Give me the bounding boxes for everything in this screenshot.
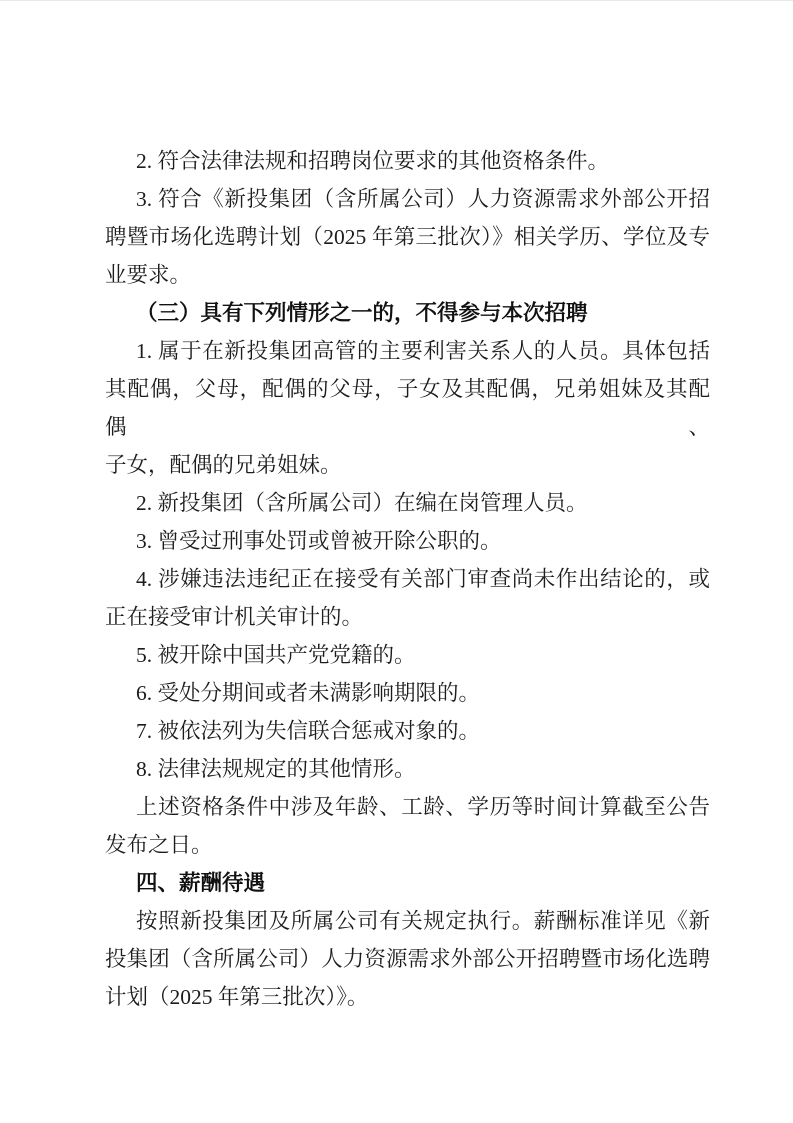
document-page: 2. 符合法律法规和招聘岗位要求的其他资格条件。3. 符合《新投集团（含所属公司… bbox=[0, 0, 793, 1123]
text-line: 8. 法律法规规定的其他情形。 bbox=[105, 750, 710, 788]
text-line: 其配偶，父母，配偶的父母，子女及其配偶，兄弟姐妹及其配偶、 bbox=[105, 370, 710, 446]
text-line: 聘暨市场化选聘计划（2025 年第三批次）》相关学历、学位及专 bbox=[105, 218, 710, 256]
paragraph: 2. 新投集团（含所属公司）在编在岗管理人员。 bbox=[105, 484, 710, 522]
paragraph: 8. 法律法规规定的其他情形。 bbox=[105, 750, 710, 788]
text-line: （三）具有下列情形之一的，不得参与本次招聘 bbox=[105, 294, 710, 332]
paragraph: 上述资格条件中涉及年龄、工龄、学历等时间计算截至公告发布之日。 bbox=[105, 788, 710, 864]
paragraph: 1. 属于在新投集团高管的主要利害关系人的人员。具体包括其配偶，父母，配偶的父母… bbox=[105, 332, 710, 484]
text-line: 上述资格条件中涉及年龄、工龄、学历等时间计算截至公告 bbox=[105, 788, 710, 826]
text-line: 3. 曾受过刑事处罚或曾被开除公职的。 bbox=[105, 522, 710, 560]
text-line: 6. 受处分期间或者未满影响期限的。 bbox=[105, 674, 710, 712]
text-line: 计划（2025 年第三批次）》。 bbox=[105, 978, 710, 1016]
text-line: 正在接受审计机关审计的。 bbox=[105, 598, 710, 636]
section-heading: 四、薪酬待遇 bbox=[105, 864, 710, 902]
section-heading: （三）具有下列情形之一的，不得参与本次招聘 bbox=[105, 294, 710, 332]
paragraph: 5. 被开除中国共产党党籍的。 bbox=[105, 636, 710, 674]
text-line: 1. 属于在新投集团高管的主要利害关系人的人员。具体包括 bbox=[105, 332, 710, 370]
text-line: 4. 涉嫌违法违纪正在接受有关部门审查尚未作出结论的，或 bbox=[105, 560, 710, 598]
paragraph: 3. 符合《新投集团（含所属公司）人力资源需求外部公开招聘暨市场化选聘计划（20… bbox=[105, 180, 710, 294]
document-content: 2. 符合法律法规和招聘岗位要求的其他资格条件。3. 符合《新投集团（含所属公司… bbox=[105, 142, 710, 1016]
paragraph: 6. 受处分期间或者未满影响期限的。 bbox=[105, 674, 710, 712]
text-line: 2. 新投集团（含所属公司）在编在岗管理人员。 bbox=[105, 484, 710, 522]
text-line: 按照新投集团及所属公司有关规定执行。薪酬标准详见《新 bbox=[105, 902, 710, 940]
text-line: 7. 被依法列为失信联合惩戒对象的。 bbox=[105, 712, 710, 750]
text-line: 5. 被开除中国共产党党籍的。 bbox=[105, 636, 710, 674]
text-line: 投集团（含所属公司）人力资源需求外部公开招聘暨市场化选聘 bbox=[105, 940, 710, 978]
paragraph: 2. 符合法律法规和招聘岗位要求的其他资格条件。 bbox=[105, 142, 710, 180]
text-line: 3. 符合《新投集团（含所属公司）人力资源需求外部公开招 bbox=[105, 180, 710, 218]
text-line: 发布之日。 bbox=[105, 826, 710, 864]
text-line: 四、薪酬待遇 bbox=[105, 864, 710, 902]
paragraph: 7. 被依法列为失信联合惩戒对象的。 bbox=[105, 712, 710, 750]
paragraph: 按照新投集团及所属公司有关规定执行。薪酬标准详见《新投集团（含所属公司）人力资源… bbox=[105, 902, 710, 1016]
paragraph: 3. 曾受过刑事处罚或曾被开除公职的。 bbox=[105, 522, 710, 560]
text-line: 业要求。 bbox=[105, 256, 710, 294]
paragraph: 4. 涉嫌违法违纪正在接受有关部门审查尚未作出结论的，或正在接受审计机关审计的。 bbox=[105, 560, 710, 636]
text-line: 2. 符合法律法规和招聘岗位要求的其他资格条件。 bbox=[105, 142, 710, 180]
text-line: 子女，配偶的兄弟姐妹。 bbox=[105, 446, 710, 484]
